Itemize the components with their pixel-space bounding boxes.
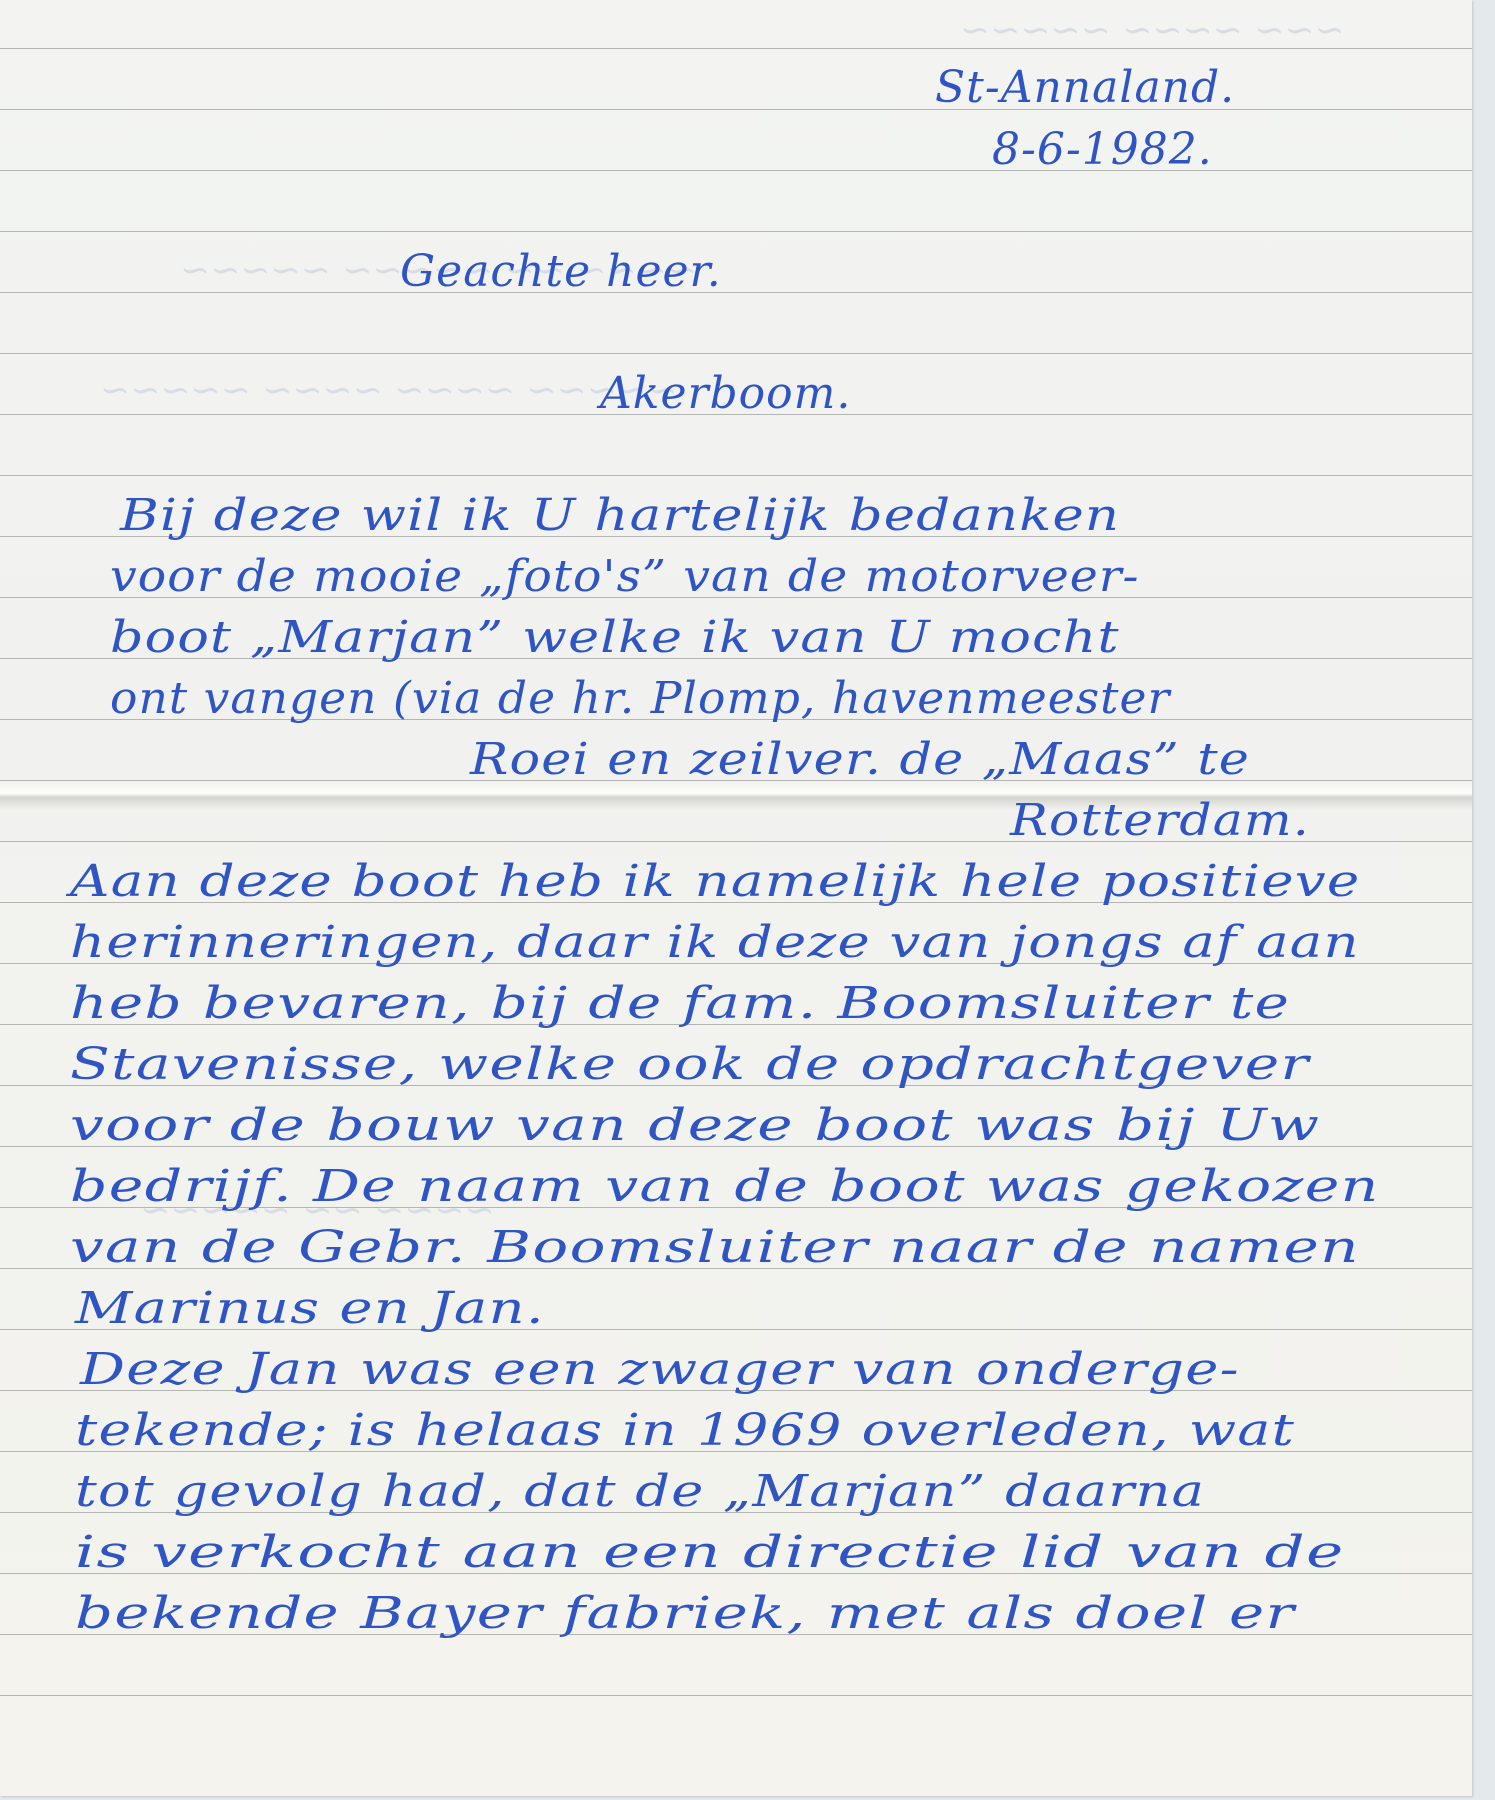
letter-line: Stavenisse, welke ook de opdrachtgever: [70, 1043, 1310, 1087]
ruled-line: [0, 109, 1472, 110]
letter-line: Aan deze boot heb ik namelijk hele posit…: [70, 860, 1361, 904]
letter-place: St-Annaland.: [935, 66, 1235, 110]
salutation: Geachte heer.: [400, 250, 722, 294]
letter-date: 8-6-1982.: [992, 128, 1213, 172]
reverse-bleed-through: ~~~ ~~~~ ~~~~~: [960, 10, 1345, 51]
letter-line: bedrijf. De naam van de boot was gekozen: [70, 1165, 1380, 1209]
letter-line: heb bevaren, bij de fam. Boomsluiter te: [70, 982, 1290, 1026]
reverse-bleed-through: ~~~~~ ~~~~ ~~~~ ~~~~~: [100, 370, 677, 411]
ruled-line: [0, 231, 1472, 232]
letter-line: voor de bouw van deze boot was bij Uw: [70, 1104, 1320, 1148]
letter-line: tot gevolg had, dat de „Marjan” daarna: [75, 1470, 1205, 1514]
ruled-line: [0, 170, 1472, 171]
letter-line: van de Gebr. Boomsluiter naar de namen: [70, 1226, 1360, 1270]
letter-paper: ~~~ ~~~~ ~~~~~ ~~~~ ~~ ~~~~~ ~~~~~ ~~~~~…: [0, 0, 1472, 1796]
ruled-line: [0, 292, 1472, 293]
ruled-line: [0, 1695, 1472, 1696]
letter-line: Bij deze wil ik U hartelijk bedanken: [120, 494, 1120, 538]
ruled-line: [0, 475, 1472, 476]
salutation-name: Akerboom.: [600, 372, 851, 416]
letter-line: bekende Bayer fabriek, met als doel er: [75, 1592, 1295, 1636]
letter-line: voor de mooie „foto's” van de motorveer-: [110, 555, 1140, 599]
letter-line: ont vangen (via de hr. Plomp, havenmeest…: [110, 677, 1170, 721]
letter-line: Roei en zeilver. de „Maas” te: [470, 738, 1250, 782]
letter-line: Marinus en Jan.: [75, 1287, 545, 1331]
letter-line: boot „Marjan” welke ik van U mocht: [110, 616, 1120, 660]
letter-line: is verkocht aan een directie lid van de: [75, 1531, 1345, 1575]
letter-line: tekende; is helaas in 1969 overleden, wa…: [75, 1409, 1295, 1453]
letter-line: Rotterdam.: [1010, 799, 1310, 843]
letter-line: Deze Jan was een zwager van onderge-: [80, 1348, 1240, 1392]
letter-line: herinneringen, daar ik deze van jongs af…: [70, 921, 1360, 965]
ruled-line: [0, 353, 1472, 354]
